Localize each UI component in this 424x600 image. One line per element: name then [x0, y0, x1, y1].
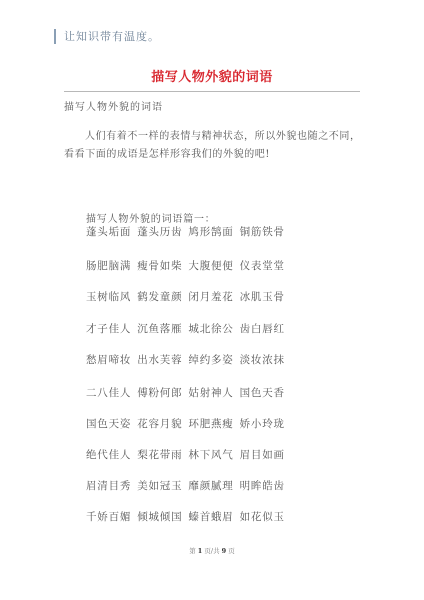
idiom-item: 螓首蛾眉 — [188, 509, 233, 524]
idiom-row: 千娇百媚倾城倾国螓首蛾眉如花似玉 — [86, 509, 285, 524]
idiom-item: 鹤发童颜 — [137, 289, 182, 304]
footer-prefix: 第 — [189, 547, 196, 555]
footer-mid: 页/共 — [204, 547, 219, 555]
idiom-item: 娇小玲珑 — [240, 416, 285, 431]
idiom-item: 如花似玉 — [240, 509, 285, 524]
total-pages: 9 — [222, 547, 227, 555]
idiom-item: 明眸皓齿 — [240, 478, 285, 493]
document-subtitle: 描写人物外貌的词语 — [64, 98, 163, 113]
current-page: 1 — [198, 547, 203, 555]
section-heading: 描写人物外貌的词语篇一： — [86, 210, 216, 225]
idiom-item: 出水芙蓉 — [137, 352, 182, 367]
idiom-row: 绝代佳人梨花带雨林下风气眉目如画 — [86, 447, 285, 462]
idiom-item: 绰约多姿 — [188, 352, 233, 367]
document-title: 描写人物外貌的词语 — [0, 66, 424, 85]
idiom-item: 鸠形鹄面 — [188, 224, 233, 239]
title-divider — [64, 91, 360, 92]
idiom-item: 蓬头垢面 — [86, 224, 131, 239]
idiom-item: 眉清目秀 — [86, 478, 131, 493]
idiom-item: 愁眉啼妆 — [86, 352, 131, 367]
idiom-item: 闭月羞花 — [188, 289, 233, 304]
idiom-item: 城北徐公 — [188, 321, 233, 336]
idiom-item: 冰肌玉骨 — [240, 289, 285, 304]
idiom-item: 蓬头历齿 — [137, 224, 182, 239]
idiom-item: 淡妆浓抹 — [240, 352, 285, 367]
header-accent-bar — [54, 29, 56, 44]
idiom-item: 林下风气 — [188, 447, 233, 462]
idiom-item: 环肥燕瘦 — [188, 416, 233, 431]
idiom-item: 大腹便便 — [188, 258, 233, 273]
idiom-item: 国色天香 — [240, 385, 285, 400]
idiom-item: 齿白唇红 — [240, 321, 285, 336]
idiom-row: 蓬头垢面蓬头历齿鸠形鹄面铜筋铁骨 — [86, 224, 285, 239]
idiom-row: 肠肥脑满瘦骨如柴大腹便便仪表堂堂 — [86, 258, 285, 273]
idiom-item: 傅粉何郎 — [137, 385, 182, 400]
idiom-item: 眉目如画 — [240, 447, 285, 462]
idiom-item: 绝代佳人 — [86, 447, 131, 462]
idiom-item: 瘦骨如柴 — [137, 258, 182, 273]
idiom-item: 国色天姿 — [86, 416, 131, 431]
idiom-item: 肠肥脑满 — [86, 258, 131, 273]
idiom-item: 花容月貌 — [137, 416, 182, 431]
idiom-item: 姑射神人 — [188, 385, 233, 400]
idiom-item: 美如冠玉 — [137, 478, 182, 493]
footer-suffix: 页 — [228, 547, 235, 555]
idiom-item: 倾城倾国 — [137, 509, 182, 524]
idiom-item: 仪表堂堂 — [240, 258, 285, 273]
idiom-item: 二八佳人 — [86, 385, 131, 400]
idiom-row: 国色天姿花容月貌环肥燕瘦娇小玲珑 — [86, 416, 285, 431]
tagline-text: 让知识带有温度。 — [64, 28, 160, 44]
idiom-item: 铜筋铁骨 — [240, 224, 285, 239]
idiom-row: 二八佳人傅粉何郎姑射神人国色天香 — [86, 385, 285, 400]
idiom-item: 千娇百媚 — [86, 509, 131, 524]
idiom-row: 愁眉啼妆出水芙蓉绰约多姿淡妆浓抹 — [86, 352, 285, 367]
idiom-item: 才子佳人 — [86, 321, 131, 336]
idiom-row: 眉清目秀美如冠玉靡颜腻理明眸皓齿 — [86, 478, 285, 493]
idiom-row: 玉树临风鹤发童颜闭月羞花冰肌玉骨 — [86, 289, 285, 304]
idiom-item: 沉鱼落雁 — [137, 321, 182, 336]
idiom-item: 梨花带雨 — [137, 447, 182, 462]
idiom-row: 才子佳人沉鱼落雁城北徐公齿白唇红 — [86, 321, 285, 336]
header-tagline: 让知识带有温度。 — [54, 28, 160, 44]
page-footer: 第 1 页/共 9 页 — [0, 546, 424, 555]
intro-paragraph: 人们有着不一样的表情与精神状态，所以外貌也随之不同，看看下面的成语是怎样形容我们… — [64, 128, 362, 164]
idiom-item: 玉树临风 — [86, 289, 131, 304]
idiom-item: 靡颜腻理 — [188, 478, 233, 493]
